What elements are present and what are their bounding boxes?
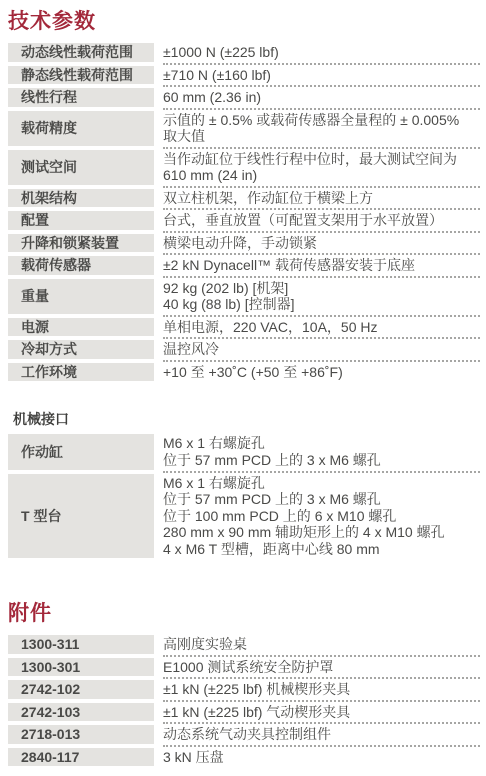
dotted-separator — [163, 108, 480, 110]
spec-row-label: 动态线性载荷范围 — [8, 43, 154, 62]
spec-row-label: 载荷传感器 — [8, 256, 154, 275]
accessory-description: 动态系统气动夹具控制组件 — [163, 725, 480, 744]
accessories-title: 附件 — [8, 602, 480, 626]
spec-row-label: 工作环境 — [8, 363, 154, 382]
mechanical-interface-header: 机械接口 — [13, 411, 480, 427]
accessory-row: 1300-311 高刚度实验桌 — [8, 635, 480, 654]
spec-row-label: 机架结构 — [8, 189, 154, 208]
spec-row: 动态线性载荷范围 ±1000 N (±225 lbf) — [8, 43, 480, 62]
dotted-separator — [163, 85, 480, 87]
accessory-row: 2742-103 ±1 kN (±225 lbf) 气动楔形夹具 — [8, 703, 480, 722]
spec-row: 线性行程 60 mm (2.36 in) — [8, 88, 480, 107]
accessories-section: 附件 1300-311 高刚度实验桌 1300-301 E1000 测试系统安全… — [8, 602, 480, 766]
spec-row: 配置 台式，垂直放置（可配置支架用于水平放置） — [8, 211, 480, 230]
spec-row-value: 台式，垂直放置（可配置支架用于水平放置） — [163, 211, 480, 230]
dotted-separator — [163, 147, 480, 149]
spec-row: 升降和锁紧装置 横梁电动升降，手动锁紧 — [8, 234, 480, 253]
spec-row-value: 当作动缸位于线性行程中位时，最大测试空间为 610 mm (24 in) — [163, 150, 480, 185]
spec-row-value: M6 x 1 右螺旋孔 位于 57 mm PCD 上的 3 x M6 螺孔 位于… — [163, 474, 480, 559]
dotted-separator — [163, 186, 480, 188]
tech-params-table: 动态线性载荷范围 ±1000 N (±225 lbf) 静态线性载荷范围 ±71… — [8, 43, 480, 381]
spec-row: 静态线性载荷范围 ±710 N (±160 lbf) — [8, 66, 480, 85]
dotted-separator — [163, 208, 480, 210]
dotted-separator — [163, 63, 480, 65]
accessory-description: 高刚度实验桌 — [163, 635, 480, 654]
accessory-part-number: 1300-311 — [8, 635, 154, 654]
spec-row-value: M6 x 1 右螺旋孔 位于 57 mm PCD 上的 3 x M6 螺孔 — [163, 434, 480, 469]
accessory-row: 2840-117 3 kN 压盘 — [8, 748, 480, 767]
spec-row-value: 92 kg (202 lb) [机架] 40 kg (88 lb) [控制器] — [163, 279, 480, 314]
accessory-description: E1000 测试系统安全防护罩 — [163, 658, 480, 677]
spec-row-value: 单相电源，220 VAC，10A，50 Hz — [163, 318, 480, 337]
spec-row-value: ±710 N (±160 lbf) — [163, 66, 480, 85]
spec-row-label: 线性行程 — [8, 88, 154, 107]
spec-row-label: 静态线性载荷范围 — [8, 66, 154, 85]
accessory-part-number: 2742-102 — [8, 680, 154, 699]
accessory-description: ±1 kN (±225 lbf) 机械楔形夹具 — [163, 680, 480, 699]
accessory-description: ±1 kN (±225 lbf) 气动楔形夹具 — [163, 703, 480, 722]
dotted-separator — [163, 360, 480, 362]
spec-row-label: 升降和锁紧装置 — [8, 234, 154, 253]
spec-row: 测试空间 当作动缸位于线性行程中位时，最大测试空间为 610 mm (24 in… — [8, 150, 480, 185]
accessory-part-number: 1300-301 — [8, 658, 154, 677]
accessory-part-number: 2840-117 — [8, 748, 154, 767]
dotted-separator — [163, 276, 480, 278]
tech-params-title: 技术参数 — [8, 10, 480, 34]
spec-row-label: 作动缸 — [8, 434, 154, 469]
accessory-part-number: 2742-103 — [8, 703, 154, 722]
accessory-description: 3 kN 压盘 — [163, 748, 480, 767]
dotted-separator — [163, 253, 480, 255]
spec-row-value: +10 至 +30˚C (+50 至 +86˚F) — [163, 363, 480, 382]
dotted-separator — [163, 655, 480, 657]
mechanical-interface-table: 作动缸 M6 x 1 右螺旋孔 位于 57 mm PCD 上的 3 x M6 螺… — [8, 434, 480, 558]
spec-row: 工作环境 +10 至 +30˚C (+50 至 +86˚F) — [8, 363, 480, 382]
spec-row: 冷却方式 温控风冷 — [8, 340, 480, 359]
spec-row-value: 横梁电动升降，手动锁紧 — [163, 234, 480, 253]
spec-row: 作动缸 M6 x 1 右螺旋孔 位于 57 mm PCD 上的 3 x M6 螺… — [8, 434, 480, 469]
spec-row-label: 重量 — [8, 279, 154, 314]
spec-row: T 型台 M6 x 1 右螺旋孔 位于 57 mm PCD 上的 3 x M6 … — [8, 474, 480, 559]
spec-row-label: 配置 — [8, 211, 154, 230]
dotted-separator — [163, 700, 480, 702]
spec-row: 载荷传感器 ±2 kN Dynacell™ 载荷传感器安装于底座 — [8, 256, 480, 275]
dotted-separator — [163, 745, 480, 747]
accessory-part-number: 2718-013 — [8, 725, 154, 744]
spec-row-label: 测试空间 — [8, 150, 154, 185]
spec-row: 机架结构 双立柱机架，作动缸位于横梁上方 — [8, 189, 480, 208]
spec-row-value: 60 mm (2.36 in) — [163, 88, 480, 107]
dotted-separator — [163, 471, 480, 473]
accessory-row: 2718-013 动态系统气动夹具控制组件 — [8, 725, 480, 744]
spec-row-label: 电源 — [8, 318, 154, 337]
spec-row: 重量 92 kg (202 lb) [机架] 40 kg (88 lb) [控制… — [8, 279, 480, 314]
spec-row-label: 冷却方式 — [8, 340, 154, 359]
spec-row-value: 示值的 ± 0.5% 或载荷传感器全量程的 ± 0.005% 取大值 — [163, 111, 480, 146]
spec-row: 电源 单相电源，220 VAC，10A，50 Hz — [8, 318, 480, 337]
spec-row: 载荷精度 示值的 ± 0.5% 或载荷传感器全量程的 ± 0.005% 取大值 — [8, 111, 480, 146]
accessories-table: 1300-311 高刚度实验桌 1300-301 E1000 测试系统安全防护罩… — [8, 635, 480, 766]
dotted-separator — [163, 231, 480, 233]
spec-row-value: 双立柱机架，作动缸位于横梁上方 — [163, 189, 480, 208]
dotted-separator — [163, 722, 480, 724]
spec-row-value: ±2 kN Dynacell™ 载荷传感器安装于底座 — [163, 256, 480, 275]
dotted-separator — [163, 677, 480, 679]
spec-row-value: 温控风冷 — [163, 340, 480, 359]
dotted-separator — [163, 315, 480, 317]
spec-row-label: 载荷精度 — [8, 111, 154, 146]
accessory-row: 2742-102 ±1 kN (±225 lbf) 机械楔形夹具 — [8, 680, 480, 699]
spec-sheet-page: 技术参数 动态线性载荷范围 ±1000 N (±225 lbf) 静态线性载荷范… — [0, 0, 486, 776]
spec-row-label: T 型台 — [8, 474, 154, 559]
accessory-row: 1300-301 E1000 测试系统安全防护罩 — [8, 658, 480, 677]
dotted-separator — [163, 337, 480, 339]
spec-row-value: ±1000 N (±225 lbf) — [163, 43, 480, 62]
